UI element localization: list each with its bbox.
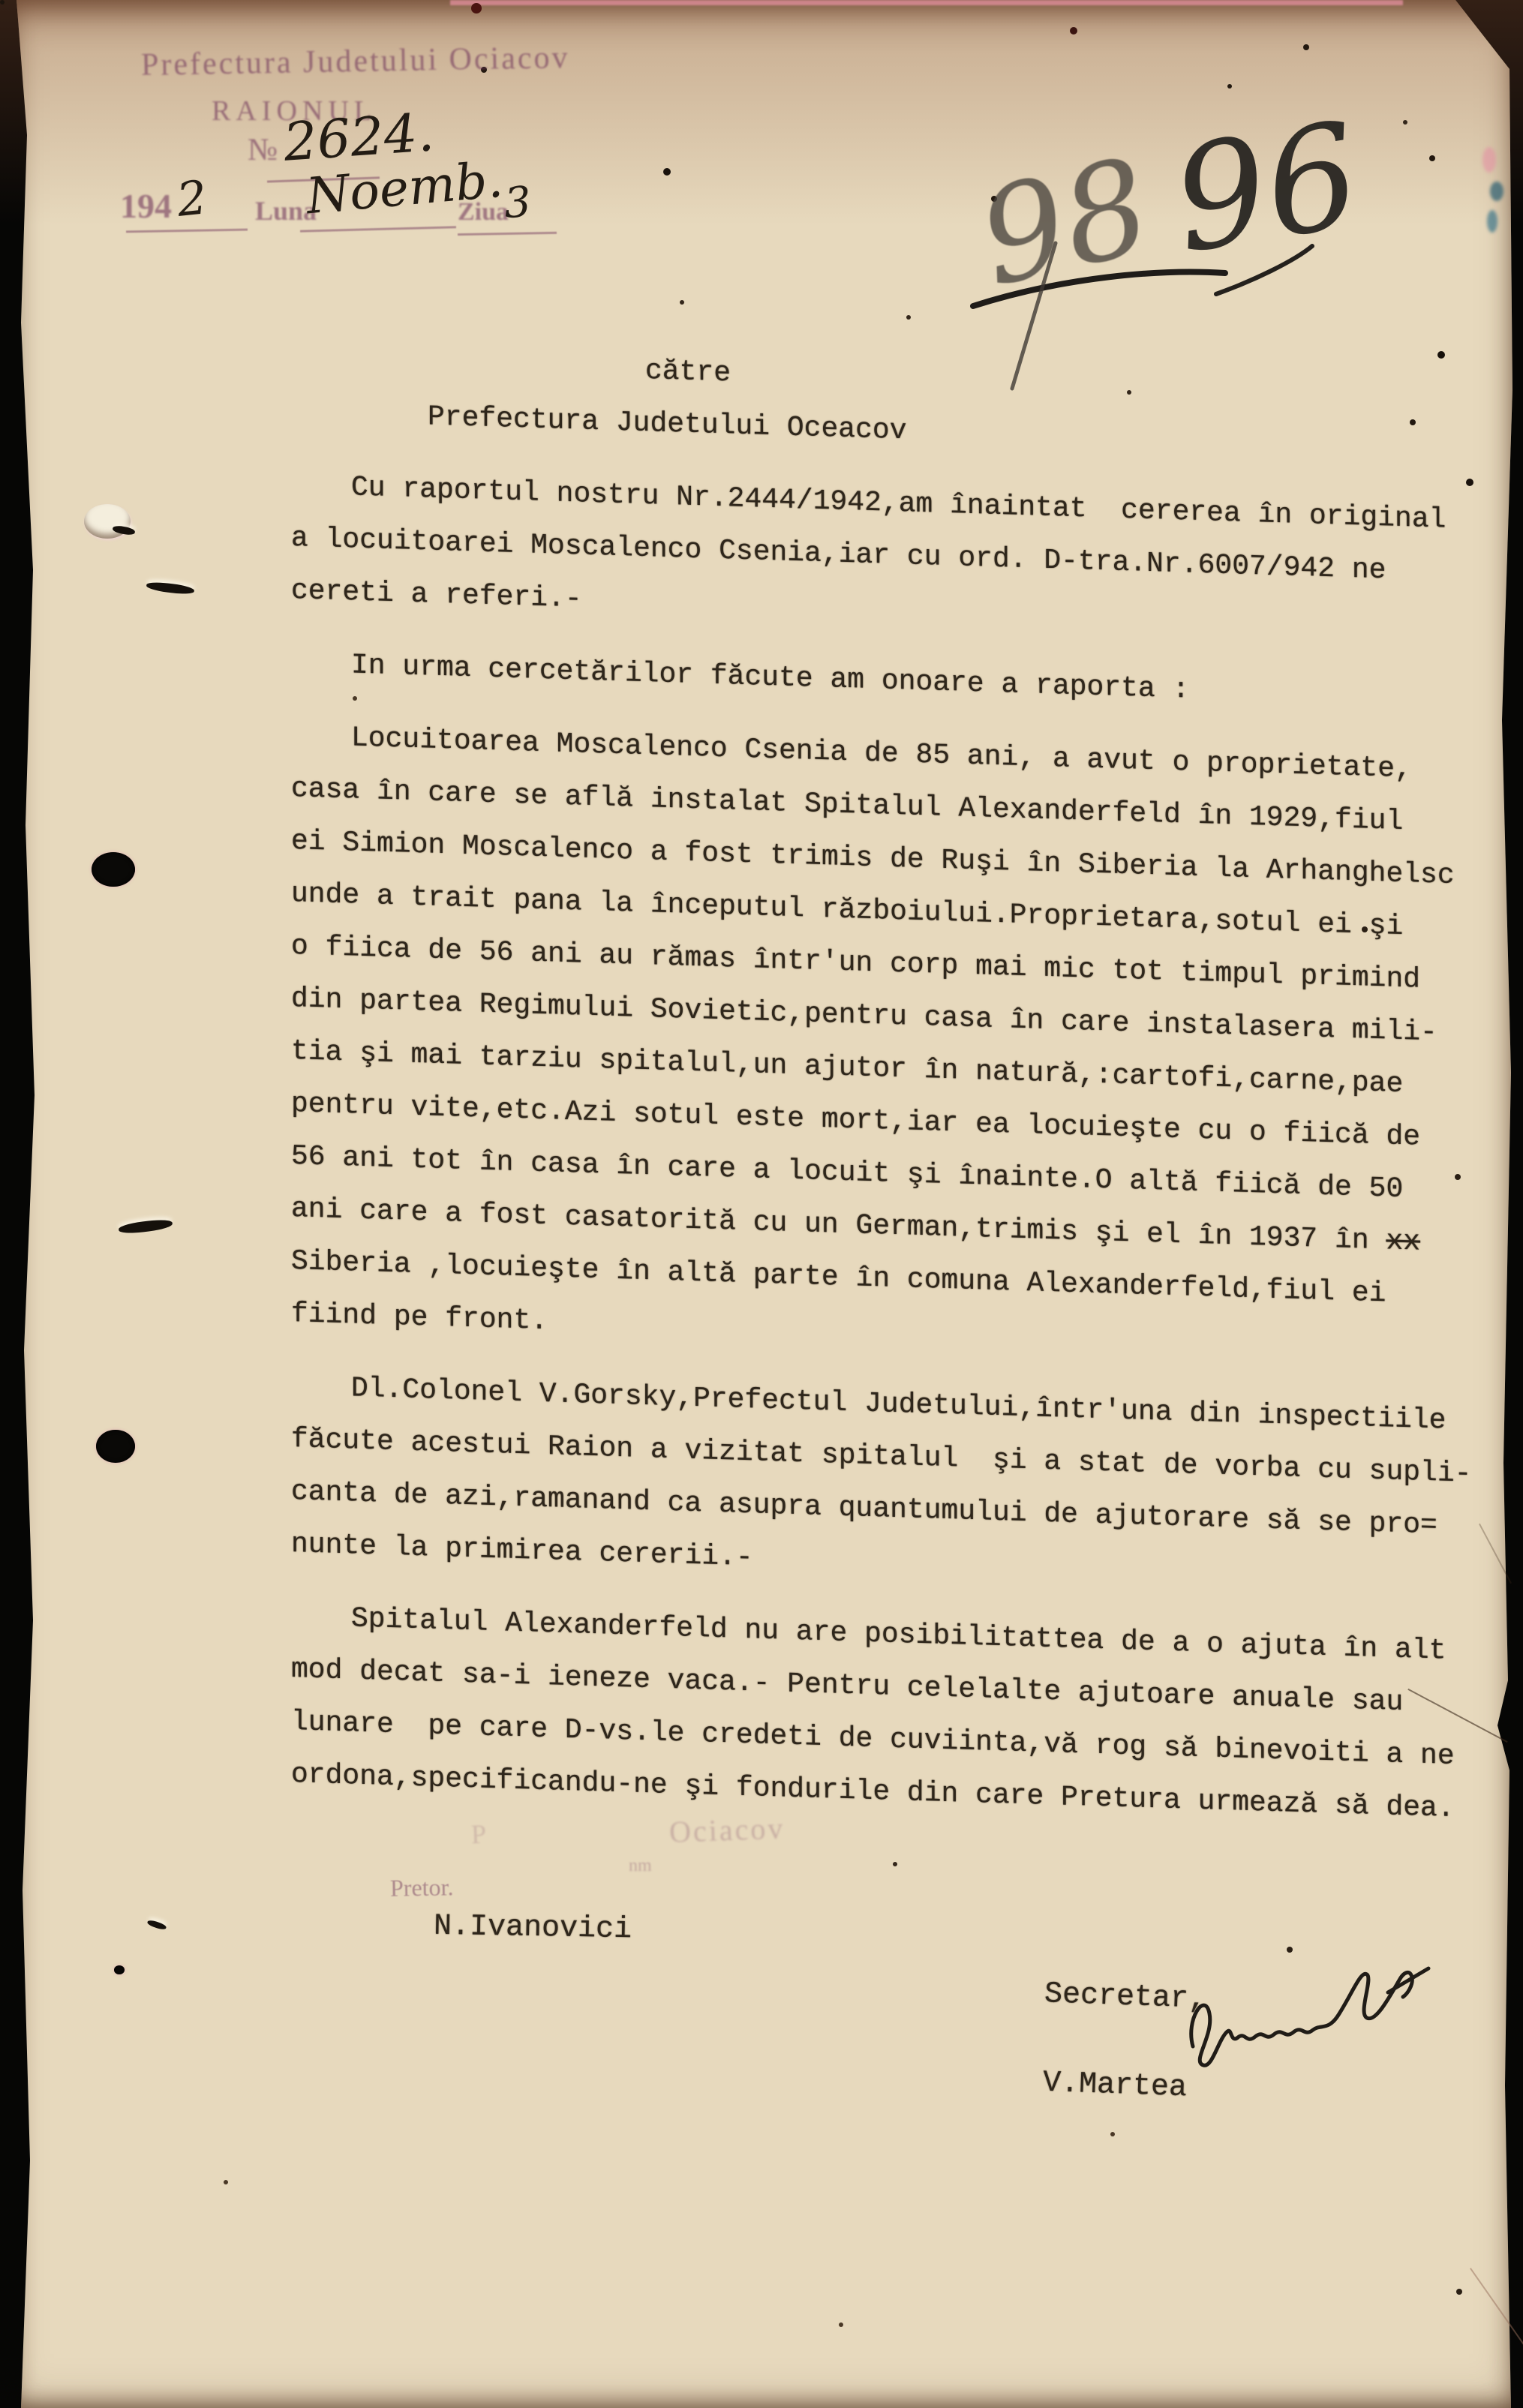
prefecture-stamp-line1: Prefectura Judetului Ociacov — [141, 40, 570, 83]
faint-stamp-fragment: P — [470, 1818, 486, 1851]
top-pink-streak — [450, 0, 1403, 5]
body-line: In urma cercetărilor făcute am onoare a … — [291, 638, 1523, 727]
scan-background: { "document": { "colors": { "paper": "#e… — [0, 0, 1523, 2408]
secretar-name: V.Martea — [1042, 2067, 1187, 2106]
dirt-specks — [0, 0, 5, 5]
blue-ink-smudge — [1490, 182, 1503, 201]
small-hole — [114, 1965, 125, 1974]
number-sign-stamp: № — [248, 132, 278, 168]
year-stamp: 194 — [120, 186, 172, 226]
faint-stamp-fragment: Ociacov — [668, 1810, 786, 1849]
faint-stamp-mark: nm — [629, 1856, 652, 1876]
pink-smudge — [1482, 147, 1496, 173]
salutation-to-text: către — [645, 355, 731, 389]
letter-body: către Prefectura Judetului Oceacov Cu ra… — [291, 335, 1523, 1838]
day-label-stamp: Ziua — [458, 198, 509, 227]
year-handwritten: 2 — [174, 170, 209, 227]
punch-hole — [96, 1430, 135, 1463]
pretor-name: N.Ivanovici — [434, 1910, 632, 1947]
salutation-recipient-text: Prefectura Judetului Oceacov — [428, 401, 907, 447]
day-handwritten: 3 — [503, 178, 533, 228]
blue-ink-smudge — [1487, 210, 1497, 233]
secretar-signature — [1175, 1947, 1445, 2082]
punch-hole — [92, 852, 135, 887]
pretor-label-stamp: Pretor. — [390, 1873, 454, 1902]
struck-text: xx — [1386, 1225, 1420, 1258]
